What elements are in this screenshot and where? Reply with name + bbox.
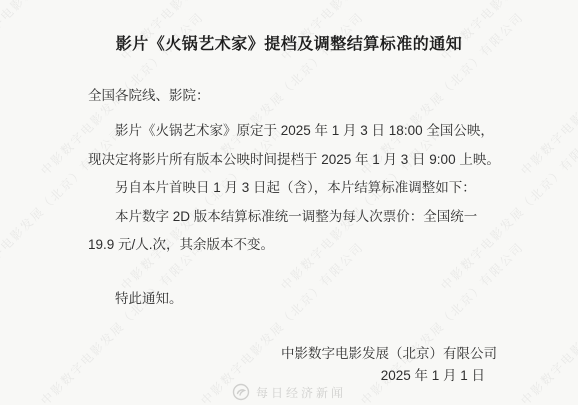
body-line: 本片数字 2D 版本结算标准统一调整为每人次票价：全国统一 — [88, 203, 508, 232]
body-line: 另自本片首映日 1 月 3 日起（含），本片结算标准调整如下： — [88, 174, 508, 203]
body-line: 现决定将影片所有版本公映时间提档于 2025 年 1 月 3 日 9:00 上映… — [88, 146, 508, 175]
body-line: 影片《火锅艺术家》原定于 2025 年 1 月 3 日 18:00 全国公映， — [88, 117, 508, 146]
signature-company: 中影数字电影发展（北京）有限公司 — [281, 343, 497, 365]
body-line: 19.9 元/人.次，其余版本不变。 — [88, 231, 508, 260]
closing-line: 特此通知。 — [115, 287, 183, 307]
signature-block: 中影数字电影发展（北京）有限公司 2025 年 1 月 1 日 — [281, 343, 497, 387]
document-body: 影片《火锅艺术家》提档及调整结算标准的通知 全国各院线、影院： 影片《火锅艺术家… — [0, 0, 578, 405]
news-logo-icon — [232, 383, 250, 401]
page-title: 影片《火锅艺术家》提档及调整结算标准的通知 — [0, 31, 578, 54]
body-lines: 影片《火锅艺术家》原定于 2025 年 1 月 3 日 18:00 全国公映，现… — [88, 117, 508, 260]
media-watermark-label: 每日经济新闻 — [256, 384, 346, 401]
media-watermark: 每日经济新闻 — [232, 383, 346, 401]
salutation: 全国各院线、影院： — [88, 84, 210, 104]
notice-document: 中影数字电影发展（北京）有限公司中影数字电影发展（北京）有限公司中影数字电影发展… — [0, 0, 578, 405]
